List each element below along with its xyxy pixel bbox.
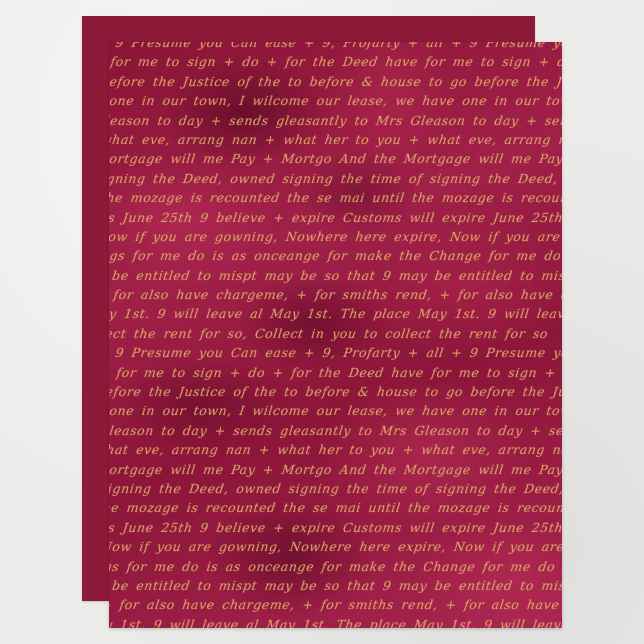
script-line: the mozage is recounted the se mai until… — [109, 188, 562, 207]
script-line: mortgage will me Pay + Mortgo And the Mo… — [109, 460, 562, 479]
script-line: y be entitled to mispt may be so that 9 … — [109, 576, 562, 595]
script-line: his June 25th 9 believe + expire Customs… — [109, 208, 562, 227]
script-line: Now if you are gowning, Nowhere here exp… — [109, 227, 562, 246]
script-line: tlect the rent for so, Collect in you to… — [109, 324, 562, 343]
script-line: e for me to sign + do + for the Deed hav… — [109, 363, 562, 382]
script-line: ay 1st. 9 will leave al May 1st. The pla… — [109, 304, 562, 323]
script-line: before the Justice of the to before & ho… — [109, 382, 562, 401]
script-line: e for me to sign + do + for the Deed hav… — [109, 52, 562, 71]
script-line: s one in our town, I wilcome our lease, … — [109, 401, 562, 420]
script-line: his June 25th 9 believe + expire Customs… — [109, 518, 562, 537]
script-line: signing the Deed, owned signing the time… — [109, 169, 562, 188]
script-line: gleason to day + sends gleasantly to Mrs… — [109, 111, 562, 130]
script-line: signing the Deed, owned signing the time… — [109, 479, 562, 498]
script-line: before the Justice of the to before & ho… — [109, 72, 562, 91]
script-line: y be entitled to mispt may be so that 9 … — [109, 266, 562, 285]
script-line: + for also have chargeme, + for smiths r… — [109, 285, 562, 304]
script-line: + 9 Presume you Can ease + 9, Profarty +… — [109, 42, 562, 52]
script-line: mortgage will me Pay + Mortgo And the Mo… — [109, 149, 562, 168]
script-line: s one in our town, I wilcome our lease, … — [109, 91, 562, 110]
front-paper-sheet: + 9 Presume you Can ease + 9, Profarty +… — [109, 42, 562, 628]
script-line: ngs for me do is as onceange for make th… — [109, 557, 562, 576]
script-line: ay 1st. 9 will leave al May 1st. The pla… — [109, 615, 562, 628]
script-line: the mozage is recounted the se mai until… — [109, 498, 562, 517]
script-line: + 9 Presume you Can ease + 9, Profarty +… — [109, 343, 562, 362]
script-line: gleason to day + sends gleasantly to Mrs… — [109, 421, 562, 440]
script-line: Now if you are gowning, Nowhere here exp… — [109, 537, 562, 556]
gold-script-text: + 9 Presume you Can ease + 9, Profarty +… — [109, 42, 562, 628]
script-line: ngs for me do is as onceange for make th… — [109, 246, 562, 265]
script-line: + for also have chargeme, + for smiths r… — [109, 595, 562, 614]
script-line: what eve, arrang nan + what her to you +… — [109, 440, 562, 459]
script-line: what eve, arrang nan + what her to you +… — [109, 130, 562, 149]
